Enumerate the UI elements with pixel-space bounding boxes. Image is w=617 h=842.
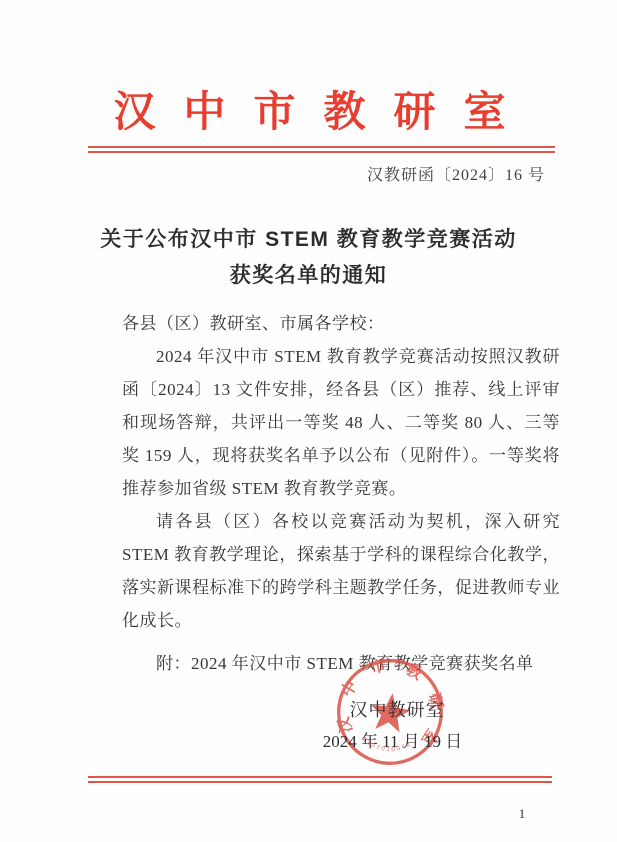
document-title: 关于公布汉中市 STEM 教育教学竞赛活动 获奖名单的通知 <box>40 222 577 294</box>
document-body: 各县（区）教研室、市属各学校： 2024 年汉中市 STEM 教育教学竞赛活动按… <box>122 307 560 680</box>
page-number: 1 <box>512 806 532 822</box>
signature-org-name: 汉中教研室 <box>335 696 459 722</box>
document-title-line2: 获奖名单的通知 <box>40 258 577 294</box>
footer-divider-line <box>88 776 552 783</box>
letterhead-divider-line <box>88 146 555 153</box>
body-paragraph: 2024 年汉中市 STEM 教育教学竞赛活动按照汉教研函〔2024〕13 文件… <box>122 340 560 505</box>
document-title-line1: 关于公布汉中市 STEM 教育教学竞赛活动 <box>40 222 577 258</box>
document-page: 汉中市教研室 汉教研函〔2024〕16 号 关于公布汉中市 STEM 教育教学竞… <box>0 0 617 842</box>
body-paragraph: 请各县（区）各校以竞赛活动为契机，深入研究 STEM 教育教学理论，探索基于学科… <box>122 505 560 637</box>
salutation-line: 各县（区）教研室、市属各学校： <box>122 307 560 340</box>
signature-date: 2024 年 11 月 19 日 <box>312 727 473 752</box>
letterhead-org-name: 汉中市教研室 <box>0 90 617 136</box>
document-reference-number: 汉教研函〔2024〕16 号 <box>0 162 545 185</box>
